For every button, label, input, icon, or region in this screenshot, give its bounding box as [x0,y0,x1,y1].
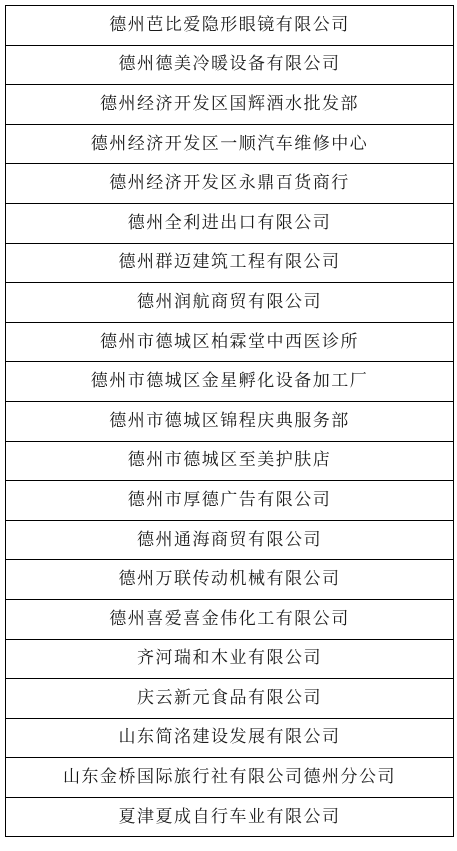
company-name-cell: 德州经济开发区一顺汽车维修中心 [6,124,454,164]
company-name-cell: 德州群迈建筑工程有限公司 [6,243,454,283]
company-name-cell: 德州经济开发区国辉酒水批发部 [6,85,454,125]
company-name-cell: 德州市厚德广告有限公司 [6,481,454,521]
company-name-cell: 山东金桥国际旅行社有限公司德州分公司 [6,758,454,798]
table-row: 夏津夏成自行车业有限公司 [6,797,454,837]
company-name-cell: 德州德美冷暖设备有限公司 [6,45,454,85]
table-row: 德州万联传动机械有限公司 [6,560,454,600]
table-row: 德州群迈建筑工程有限公司 [6,243,454,283]
table-row: 德州市厚德广告有限公司 [6,481,454,521]
table-row: 德州喜爱喜金伟化工有限公司 [6,599,454,639]
table-row: 德州市德城区锦程庆典服务部 [6,401,454,441]
table-row: 山东简洺建设发展有限公司 [6,718,454,758]
company-name-cell: 德州全利进出口有限公司 [6,203,454,243]
table-row: 德州德美冷暖设备有限公司 [6,45,454,85]
company-name-cell: 德州市德城区柏霖堂中西医诊所 [6,322,454,362]
table-row: 德州经济开发区永鼎百货商行 [6,164,454,204]
company-name-cell: 德州经济开发区永鼎百货商行 [6,164,454,204]
table-row: 德州市德城区至美护肤店 [6,441,454,481]
company-name-cell: 德州市德城区至美护肤店 [6,441,454,481]
company-name-cell: 德州通海商贸有限公司 [6,520,454,560]
table-row: 德州经济开发区国辉酒水批发部 [6,85,454,125]
company-name-cell: 山东简洺建设发展有限公司 [6,718,454,758]
table-row: 德州经济开发区一顺汽车维修中心 [6,124,454,164]
company-name-cell: 德州润航商贸有限公司 [6,283,454,323]
company-name-cell: 德州万联传动机械有限公司 [6,560,454,600]
table-row: 德州润航商贸有限公司 [6,283,454,323]
table-row: 德州通海商贸有限公司 [6,520,454,560]
table-row: 德州市德城区金星孵化设备加工厂 [6,362,454,402]
company-name-cell: 德州市德城区锦程庆典服务部 [6,401,454,441]
company-name-cell: 庆云新元食品有限公司 [6,679,454,719]
table-row: 齐河瑞和木业有限公司 [6,639,454,679]
company-name-cell: 齐河瑞和木业有限公司 [6,639,454,679]
company-name-cell: 德州喜爱喜金伟化工有限公司 [6,599,454,639]
company-name-cell: 德州市德城区金星孵化设备加工厂 [6,362,454,402]
table-row: 德州市德城区柏霖堂中西医诊所 [6,322,454,362]
table-row: 山东金桥国际旅行社有限公司德州分公司 [6,758,454,798]
company-name-cell: 德州芭比爱隐形眼镜有限公司 [6,6,454,46]
table-row: 德州芭比爱隐形眼镜有限公司 [6,6,454,46]
table-row: 德州全利进出口有限公司 [6,203,454,243]
company-list-table: 德州芭比爱隐形眼镜有限公司 德州德美冷暖设备有限公司 德州经济开发区国辉酒水批发… [5,5,454,837]
table-row: 庆云新元食品有限公司 [6,679,454,719]
company-name-cell: 夏津夏成自行车业有限公司 [6,797,454,837]
